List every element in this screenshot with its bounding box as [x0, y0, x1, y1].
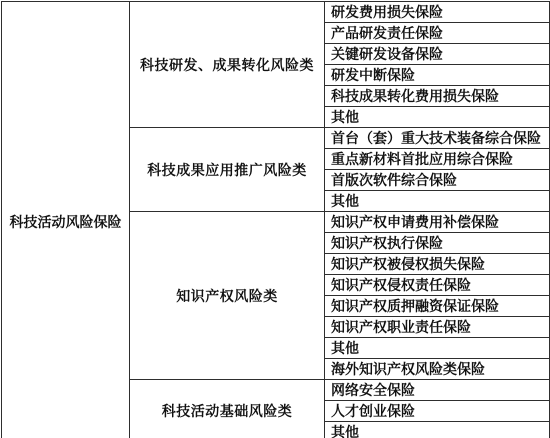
- item-cell: 知识产权职业责任保险: [325, 317, 550, 338]
- root-category-cell: 科技活动风险保险: [2, 2, 130, 438]
- item-cell: 其他: [325, 338, 550, 359]
- category-cell-basic-risk: 科技活动基础风险类: [130, 380, 325, 438]
- item-cell: 科技成果转化费用损失保险: [325, 86, 550, 107]
- item-cell: 研发费用损失保险: [325, 2, 550, 23]
- item-cell: 其他: [325, 191, 550, 212]
- item-cell: 知识产权质押融资保证保险: [325, 296, 550, 317]
- item-cell: 其他: [325, 107, 550, 128]
- item-cell: 网络安全保险: [325, 380, 550, 401]
- category-cell-rd-transform: 科技研发、成果转化风险类: [130, 2, 325, 128]
- category-cell-application-promotion: 科技成果应用推广风险类: [130, 128, 325, 212]
- item-cell: 首台（套）重大技术装备综合保险: [325, 128, 550, 149]
- item-cell: 研发中断保险: [325, 65, 550, 86]
- item-cell: 关键研发设备保险: [325, 44, 550, 65]
- item-cell: 知识产权执行保险: [325, 233, 550, 254]
- table-row: 科技活动风险保险 科技研发、成果转化风险类 研发费用损失保险: [2, 2, 550, 23]
- item-cell: 知识产权侵权责任保险: [325, 275, 550, 296]
- item-cell: 知识产权申请费用补偿保险: [325, 212, 550, 233]
- item-cell: 其他: [325, 422, 550, 438]
- item-cell: 海外知识产权风险类保险: [325, 359, 550, 380]
- item-cell: 重点新材料首批应用综合保险: [325, 149, 550, 170]
- item-cell: 人才创业保险: [325, 401, 550, 422]
- item-cell: 产品研发责任保险: [325, 23, 550, 44]
- insurance-classification-table: 科技活动风险保险 科技研发、成果转化风险类 研发费用损失保险 产品研发责任保险 …: [1, 1, 550, 438]
- item-cell: 知识产权被侵权损失保险: [325, 254, 550, 275]
- category-cell-ip-risk: 知识产权风险类: [130, 212, 325, 380]
- item-cell: 首版次软件综合保险: [325, 170, 550, 191]
